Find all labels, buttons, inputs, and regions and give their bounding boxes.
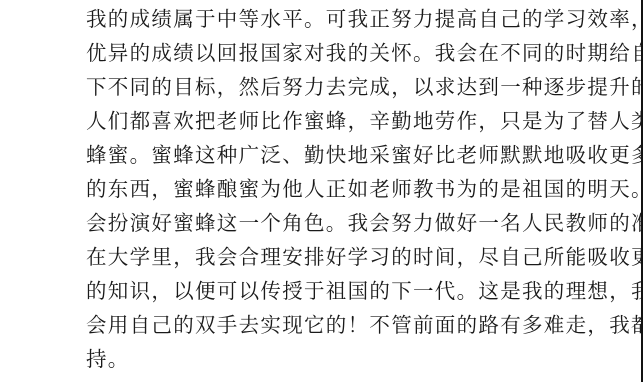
text-line: 人们都喜欢把老师比作蜜蜂，辛勤地劳作，只是为了替人类酿成 xyxy=(86,104,576,138)
text-line: 会用自己的双手去实现它的！不管前面的路有多难走，我都会坚 xyxy=(86,308,576,342)
text-line: 下不同的目标，然后努力去完成，以求达到一种逐步提升的层次。 xyxy=(86,70,576,104)
text-line: 持。 xyxy=(86,342,576,376)
text-line: 优异的成绩以回报国家对我的关怀。我会在不同的时期给自己定 xyxy=(86,36,576,70)
handwritten-text-body: 我的成绩属于中等水平。可我正努力提高自己的学习效率，争取 优异的成绩以回报国家对… xyxy=(86,2,576,376)
text-line: 会扮演好蜜蜂这一个角色。我会努力做好一名人民教师的准备。 xyxy=(86,206,576,240)
text-line: 的知识，以便可以传授于祖国的下一代。这是我的理想，我一定 xyxy=(86,274,576,308)
document-page: 我的成绩属于中等水平。可我正努力提高自己的学习效率，争取 优异的成绩以回报国家对… xyxy=(0,0,641,382)
text-line: 在大学里，我会合理安排好学习的时间，尽自己所能吸收更多 xyxy=(86,240,576,274)
text-line: 我的成绩属于中等水平。可我正努力提高自己的学习效率，争取 xyxy=(86,2,576,36)
text-line: 蜂蜜。蜜蜂这种广泛、勤快地采蜜好比老师默默地吸收更多有益 xyxy=(86,138,576,172)
text-line: 的东西，蜜蜂酿蜜为他人正如老师教书为的是祖国的明天。我将 xyxy=(86,172,576,206)
